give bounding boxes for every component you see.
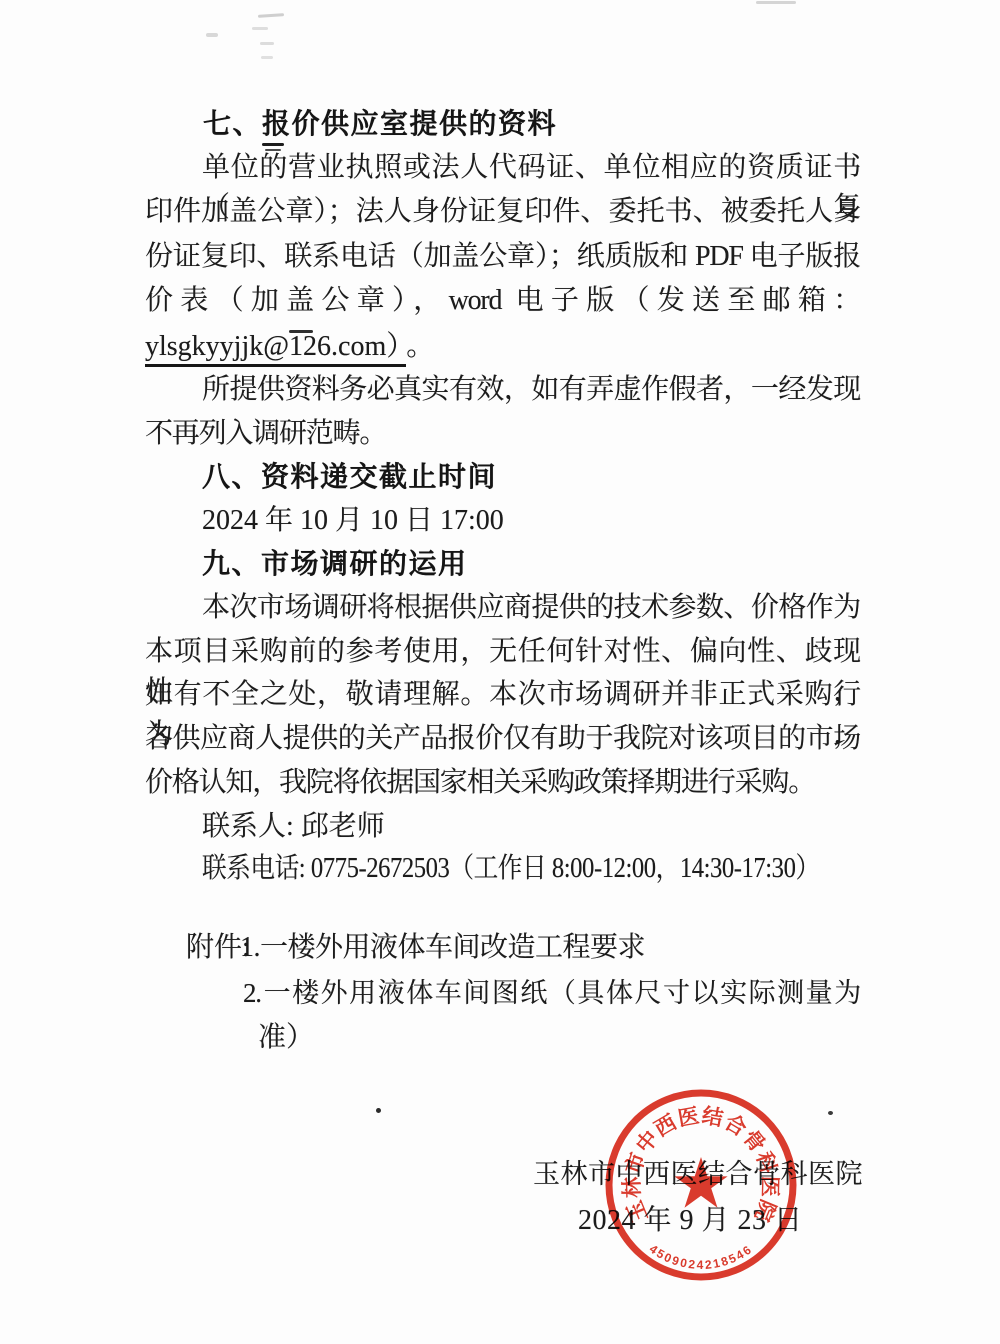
attachment-item-2-line-1: 2.一楼外用液体车间图纸（具体尺寸以实际测量为 bbox=[243, 973, 860, 1013]
paragraph-line: 本次市场调研将根据供应商提供的技术参数、价格作为 bbox=[145, 588, 860, 628]
deadline-line: 2024 年 10 月 10 日 17:00 bbox=[145, 501, 860, 541]
attachment-item-2-line-2: 准） bbox=[258, 1018, 314, 1058]
email-line: ylsgkyyjjk@126.com）。 bbox=[145, 327, 860, 367]
paragraph-line: 价表（加盖公章），word 电子版（发送至邮箱： bbox=[145, 281, 860, 321]
ink-dot bbox=[828, 1111, 833, 1115]
official-seal: 玉林市中西医结合骨科医院 4509024218546 bbox=[601, 1085, 801, 1285]
section7-heading: 七、报价供应室提供的资料 bbox=[203, 104, 918, 144]
scan-artifact bbox=[206, 33, 218, 37]
contact-person-line: 联系人: 邱老师 bbox=[145, 807, 860, 847]
email-period: 。 bbox=[406, 331, 434, 362]
scan-artifact bbox=[261, 56, 273, 59]
scan-artifact bbox=[289, 330, 313, 333]
scan-artifact bbox=[756, 1, 796, 4]
paragraph-line: 价格认知，我院将依据国家相关采购政策择期进行采购。 bbox=[145, 763, 860, 803]
scan-artifact bbox=[258, 13, 284, 18]
seal-star-icon bbox=[674, 1157, 727, 1208]
paragraph-line: 份证复印、联系电话（加盖公章）；纸质版和 PDF 电子版报 bbox=[145, 237, 860, 277]
paragraph-line: 各供应商人提供的关产品报价仅有助于我院对该项目的市场 bbox=[145, 719, 860, 759]
scan-artifact bbox=[260, 42, 274, 45]
paragraph-line: 不再列入调研范畴。 bbox=[145, 414, 860, 454]
paragraph-line: 所提供资料务必真实有效，如有弄虚作假者，一经发现 bbox=[145, 370, 860, 410]
ink-dot bbox=[376, 1108, 381, 1113]
document-page: 七、报价供应室提供的资料 单位的营业执照或法人代码证、单位相应的资质证书（复 印… bbox=[0, 0, 1000, 1344]
contact-phone-text: 联系电话: 0775-2672503（工作日 8:00-12:00，14:30-… bbox=[202, 849, 820, 889]
attachment-item-1: 1.一楼外用液体车间改造工程要求 bbox=[240, 928, 645, 968]
section9-heading: 九、市场调研的运用 bbox=[202, 544, 917, 584]
scan-artifact bbox=[262, 143, 284, 146]
email-address: ylsgkyyjjk@126.com） bbox=[145, 331, 406, 367]
contact-phone-line: 联系电话: 0775-2672503（工作日 8:00-12:00，14:30-… bbox=[145, 849, 860, 889]
section8-heading: 八、资料递交截止时间 bbox=[202, 457, 917, 497]
scan-artifact bbox=[252, 27, 268, 30]
paragraph-line: 印件加盖公章）；法人身份证复印件、委托书、被委托人身 bbox=[145, 192, 860, 232]
